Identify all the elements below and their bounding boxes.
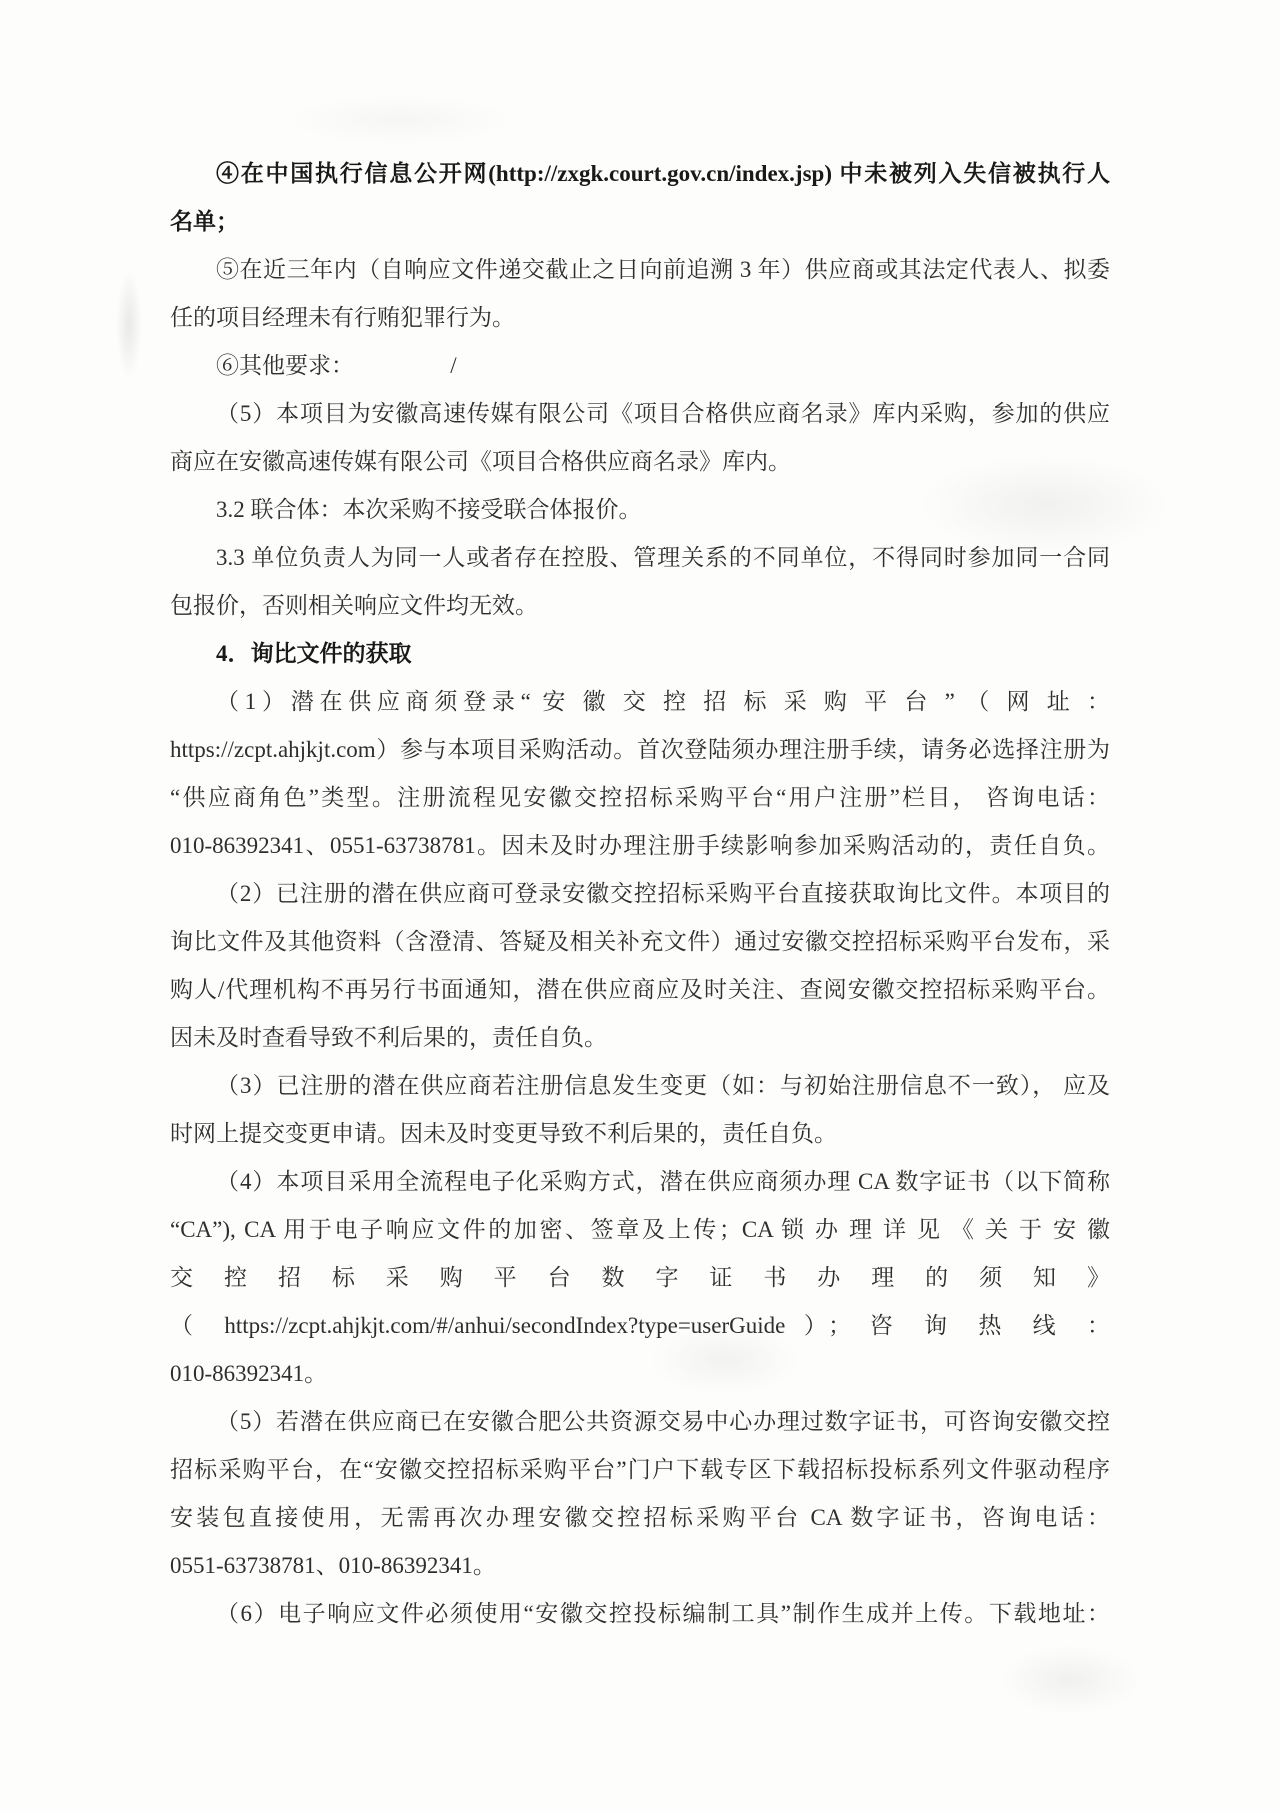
text-line: https://zcpt.ahjkjt.com）参与本项目采购活动。首次登陆须办… (170, 726, 1110, 774)
text-line-content: （5）本项目为安徽高速传媒有限公司《项目合格供应商名录》库内采购，参加的供应 (216, 401, 1110, 426)
text-line: （3）已注册的潜在供应商若注册信息发生变更（如：与初始注册信息不一致）， 应及 (170, 1062, 1110, 1110)
text-line: （5）本项目为安徽高速传媒有限公司《项目合格供应商名录》库内采购，参加的供应 (170, 390, 1110, 438)
fill-in-blank: / (396, 342, 511, 390)
text-line: 3.2 联合体：本次采购不接受联合体报价。 (170, 486, 1110, 534)
text-line-content: 任的项目经理未有行贿犯罪行为。 (170, 305, 515, 330)
text-line-content: （4）本项目采用全流程电子化采购方式，潜在供应商须办理 CA 数字证书（以下简称 (216, 1169, 1110, 1194)
text-line-content: 名单； (170, 209, 239, 234)
text-line-content: 购人/代理机构不再另行书面通知，潜在供应商应及时关注、查阅安徽交控招标采购平台。 (170, 977, 1110, 1002)
text-line-content: 010-86392341。 (170, 1361, 327, 1386)
text-line-content: 招标采购平台，在“安徽交控招标采购平台”门户下载专区下载招标投标系列文件驱动程序 (170, 1457, 1110, 1482)
text-line-content: （5）若潜在供应商已在安徽合肥公共资源交易中心办理过数字证书，可咨询安徽交控 (216, 1409, 1110, 1434)
text-line-content: 0551-63738781、010-86392341。 (170, 1553, 496, 1578)
text-line-content: 3.2 联合体：本次采购不接受联合体报价。 (216, 497, 642, 522)
scan-artifact (116, 270, 142, 380)
text-line: “CA”), CA 用于电子响应文件的加密、签章及上传；CA 锁 办 理 详 见… (170, 1206, 1110, 1254)
text-line: （4）本项目采用全流程电子化采购方式，潜在供应商须办理 CA 数字证书（以下简称 (170, 1158, 1110, 1206)
text-line: 购人/代理机构不再另行书面通知，潜在供应商应及时关注、查阅安徽交控招标采购平台。 (170, 966, 1110, 1014)
text-line: 3.3 单位负责人为同一人或者存在控股、管理关系的不同单位，不得同时参加同一合同 (170, 534, 1110, 582)
text-line: 4．询比文件的获取 (170, 630, 1110, 678)
text-line-content: 4．询比文件的获取 (216, 641, 412, 666)
text-line-content: 因未及时查看导致不利后果的，责任自负。 (170, 1025, 607, 1050)
text-line: 因未及时查看导致不利后果的，责任自负。 (170, 1014, 1110, 1062)
text-line-content: （1）潜在供应商须登录“ 安 徽 交 控 招 标 采 购 平 台 ” （ 网 址… (216, 689, 1110, 714)
text-line-content: “CA”), CA 用于电子响应文件的加密、签章及上传；CA 锁 办 理 详 见… (170, 1217, 1110, 1242)
text-line: （6）电子响应文件必须使用“安徽交控投标编制工具”制作生成并上传。下载地址： (170, 1590, 1110, 1638)
text-line: 时网上提交变更申请。因未及时变更导致不利后果的，责任自负。 (170, 1110, 1110, 1158)
text-line: 名单； (170, 198, 1110, 246)
text-line: ⑤在近三年内（自响应文件递交截止之日向前追溯 3 年）供应商或其法定代表人、拟委 (170, 246, 1110, 294)
text-line: 010-86392341。 (170, 1350, 1110, 1398)
text-line-content: 询比文件及其他资料（含澄清、答疑及相关补充文件）通过安徽交控招标采购平台发布，采 (170, 929, 1110, 954)
text-line: 0551-63738781、010-86392341。 (170, 1542, 1110, 1590)
text-line: 包报价，否则相关响应文件均无效。 (170, 582, 1110, 630)
scan-artifact (1000, 1645, 1140, 1715)
text-line: （1）潜在供应商须登录“ 安 徽 交 控 招 标 采 购 平 台 ” （ 网 址… (170, 678, 1110, 726)
text-line-content: 商应在安徽高速传媒有限公司《项目合格供应商名录》库内。 (170, 449, 791, 474)
text-line-content: （3）已注册的潜在供应商若注册信息发生变更（如：与初始注册信息不一致）， 应及 (216, 1073, 1110, 1098)
text-line-content: “供应商角色”类型。注册流程见安徽交控招标采购平台“用户注册”栏目， 咨询电话： (170, 785, 1110, 810)
text-line-content: （ https://zcpt.ahjkjt.com/#/anhui/second… (170, 1313, 1110, 1338)
text-line: （ https://zcpt.ahjkjt.com/#/anhui/second… (170, 1302, 1110, 1350)
text-line: ⑥其他要求：/ (170, 342, 1110, 390)
text-line-content: 包报价，否则相关响应文件均无效。 (170, 593, 538, 618)
text-line-content: 010-86392341、0551-63738781。因未及时办理注册手续影响参… (170, 833, 1110, 858)
document-text-block: ④在中国执行信息公开网(http://zxgk.court.gov.cn/ind… (170, 150, 1110, 1638)
text-line: 交 控 招 标 采 购 平 台 数 字 证 书 办 理 的 须 知 》 (170, 1254, 1110, 1302)
text-line: ④在中国执行信息公开网(http://zxgk.court.gov.cn/ind… (170, 150, 1110, 198)
scanned-document-page: ④在中国执行信息公开网(http://zxgk.court.gov.cn/ind… (0, 0, 1280, 1811)
text-line-content: ⑥其他要求： (216, 353, 354, 378)
text-line: （2）已注册的潜在供应商可登录安徽交控招标采购平台直接获取询比文件。本项目的 (170, 870, 1110, 918)
text-line: “供应商角色”类型。注册流程见安徽交控招标采购平台“用户注册”栏目， 咨询电话： (170, 774, 1110, 822)
text-line: 010-86392341、0551-63738781。因未及时办理注册手续影响参… (170, 822, 1110, 870)
text-line-content: 3.3 单位负责人为同一人或者存在控股、管理关系的不同单位，不得同时参加同一合同 (216, 545, 1110, 570)
text-line-content: （2）已注册的潜在供应商可登录安徽交控招标采购平台直接获取询比文件。本项目的 (216, 881, 1110, 906)
text-line-content: 交 控 招 标 采 购 平 台 数 字 证 书 办 理 的 须 知 》 (170, 1265, 1110, 1290)
text-line-content: ⑤在近三年内（自响应文件递交截止之日向前追溯 3 年）供应商或其法定代表人、拟委 (216, 257, 1110, 282)
text-line-content: https://zcpt.ahjkjt.com）参与本项目采购活动。首次登陆须办… (170, 737, 1110, 762)
text-line: 商应在安徽高速传媒有限公司《项目合格供应商名录》库内。 (170, 438, 1110, 486)
text-line-content: 时网上提交变更申请。因未及时变更导致不利后果的，责任自负。 (170, 1121, 837, 1146)
text-line-content: 安装包直接使用，无需再次办理安徽交控招标采购平台 CA 数字证书，咨询电话： (170, 1505, 1110, 1530)
text-line: 任的项目经理未有行贿犯罪行为。 (170, 294, 1110, 342)
scan-artifact (290, 95, 510, 145)
text-line: 安装包直接使用，无需再次办理安徽交控招标采购平台 CA 数字证书，咨询电话： (170, 1494, 1110, 1542)
text-line: （5）若潜在供应商已在安徽合肥公共资源交易中心办理过数字证书，可咨询安徽交控 (170, 1398, 1110, 1446)
text-line: 询比文件及其他资料（含澄清、答疑及相关补充文件）通过安徽交控招标采购平台发布，采 (170, 918, 1110, 966)
text-line-content: （6）电子响应文件必须使用“安徽交控投标编制工具”制作生成并上传。下载地址： (216, 1601, 1110, 1626)
text-line: 招标采购平台，在“安徽交控招标采购平台”门户下载专区下载招标投标系列文件驱动程序 (170, 1446, 1110, 1494)
text-line-content: ④在中国执行信息公开网(http://zxgk.court.gov.cn/ind… (216, 161, 1110, 186)
